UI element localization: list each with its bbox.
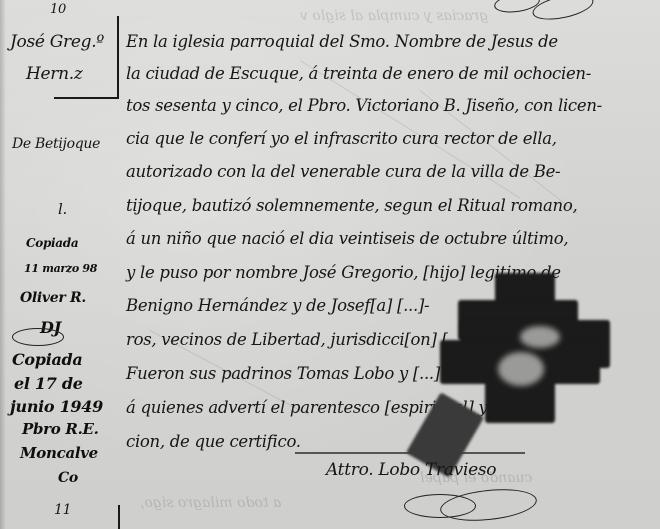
body-line-10: ros, vecinos de Libertad, jurisdicci[on]… bbox=[126, 330, 469, 349]
margin-name-line1: José Greg.º bbox=[10, 32, 104, 52]
body-line-4: cia que le conferí yo el infrascrito cur… bbox=[126, 129, 557, 148]
annotation-signer: Oliver R. bbox=[20, 290, 86, 306]
ink-blot-highlight bbox=[498, 352, 544, 386]
body-line-7: á un niño que nació el dia veintiseis de… bbox=[126, 229, 568, 248]
bleed-through-text: a todo milagro sigo, bbox=[140, 495, 281, 511]
body-line-9: Benigno Hernández y de Josef[a] [...]- bbox=[126, 296, 429, 315]
document-scan: gracias y cumpla al siglo v a todo milag… bbox=[0, 0, 660, 529]
annotation-date: 11 marzo 98 bbox=[24, 262, 97, 275]
body-line-13: cion, de que certifico. bbox=[126, 432, 301, 451]
body-line-2: la ciudad de Escuque, á treinta de enero… bbox=[126, 64, 591, 83]
initials-flourish bbox=[12, 328, 64, 346]
bleed-through-text: gracias y cumpla al siglo v bbox=[300, 8, 488, 24]
ink-blot-highlight bbox=[520, 326, 560, 348]
annotation-copiada: Copiada bbox=[26, 236, 78, 250]
body-line-6: tijoque, bautizó solemnemente, segun el … bbox=[126, 196, 577, 215]
annotation-co: Co bbox=[58, 470, 78, 486]
next-entry-frame-vertical bbox=[118, 505, 120, 529]
entry-number: 10 bbox=[50, 2, 66, 17]
margin-frame-horizontal bbox=[54, 97, 119, 99]
annotation-copiada-2: Copiada bbox=[12, 350, 83, 369]
body-line-3: tos sesenta y cinco, el Pbro. Victoriano… bbox=[126, 96, 602, 115]
margin-name-line2: Hern.z bbox=[26, 64, 83, 84]
annotation-surname: Moncalve bbox=[20, 444, 98, 462]
margin-frame-vertical bbox=[117, 16, 119, 98]
body-line-5: autorizado con la del venerable cura de … bbox=[126, 162, 560, 181]
annotation-priest: Pbro R.E. bbox=[22, 420, 99, 438]
annotation-junio-1949: junio 1949 bbox=[10, 397, 103, 416]
next-entry-number: 11 bbox=[54, 502, 71, 518]
previous-entry-flourish bbox=[530, 0, 595, 24]
scan-edge-shadow bbox=[0, 0, 6, 529]
body-line-1: En la iglesia parroquial del Smo. Nombre… bbox=[126, 32, 558, 51]
margin-folio: l. bbox=[58, 200, 67, 218]
signature-flourish bbox=[439, 485, 539, 525]
signature: Attro. Lobo Travieso bbox=[326, 460, 496, 480]
margin-origin: De Betijoque bbox=[12, 136, 100, 152]
annotation-el-17-de: el 17 de bbox=[14, 374, 83, 393]
